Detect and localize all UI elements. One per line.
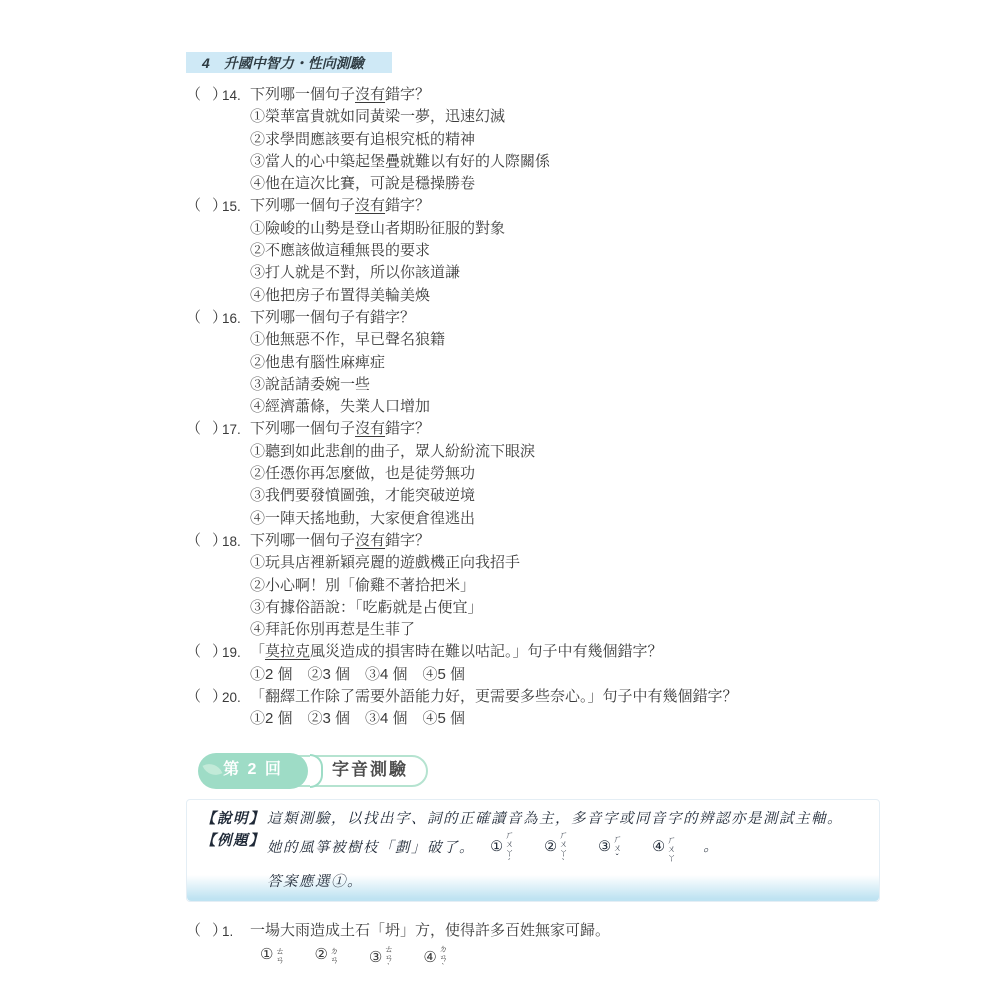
zhuyin-option: ④ㄉㄢˋ: [423, 944, 447, 972]
zhuyin-option: ④ㄏㄨㄚ: [652, 839, 676, 855]
part1-question-list: （ ）14.下列哪一個句子沒有錯字？①榮華富貴就如同黃梁一夢，迅速幻滅②求學問應…: [186, 84, 886, 731]
option-number: ②: [314, 946, 327, 963]
question-number: 18.: [222, 530, 250, 553]
option-number: ①: [490, 839, 503, 855]
option-line: ①榮華富貴就如同黃梁一夢，迅速幻滅: [250, 106, 886, 128]
question-row: （ ）1.一場大雨造成土石「坍」方，使得許多百姓無家可歸。①ㄊㄢ②ㄉㄢ③ㄊㄢˋ④…: [186, 920, 886, 978]
stem-segment: 「翻繹工作除了需要外語能力好，更需要多些奈心。」句子中有幾個錯字？: [250, 688, 738, 705]
question-stem: 「莫拉克風災造成的損害時在難以咕記。」句子中有幾個錯字？: [250, 641, 886, 663]
option-number: ③: [369, 949, 382, 966]
option-line: ①他無惡不作，早已聲名狼籍: [250, 329, 886, 351]
question-body: 下列哪一個句子有錯字？①他無惡不作，早已聲名狼籍②他患有腦性麻痺症③說話請委婉一…: [250, 307, 886, 418]
question-stem: 下列哪一個句子有錯字？: [250, 307, 886, 329]
example-label: 【例題】: [201, 830, 267, 867]
stem-segment: 下列哪一個句子: [250, 197, 355, 214]
stem-segment: 沒有: [355, 197, 385, 214]
zhuyin-text: ㄉㄢˋ: [438, 944, 448, 972]
zhuyin-text: ㄊㄢ: [274, 946, 284, 964]
stem-segment: 下列哪一個句子: [250, 420, 355, 437]
stem-segment: 錯字？: [385, 532, 430, 549]
stem-segment: 下列哪一個句子有錯字？: [250, 309, 415, 326]
zhuyin-option: ①ㄊㄢ: [260, 944, 284, 966]
zhuyin-text: ㄏㄨㄚˊ: [504, 830, 514, 867]
option-line: ④他在這次比賽，可說是穩操勝卷: [250, 173, 886, 195]
option-number: ④: [423, 949, 436, 966]
leaf-icon: [203, 759, 223, 779]
stem-segment: 下列哪一個句子: [250, 532, 355, 549]
page-header-bar: 4 升國中智力・性向測驗: [186, 52, 392, 73]
option-line: ④經濟蕭條，失業人口增加: [250, 396, 886, 418]
example-sentence: 她的風箏被樹枝「劃」破了。: [267, 839, 475, 855]
question-body: 下列哪一個句子沒有錯字？①玩具店裡新穎亮麗的遊戲機正向我招手②小心啊！別「偷雞不…: [250, 530, 886, 641]
question-body: 下列哪一個句子沒有錯字？①榮華富貴就如同黃梁一夢，迅速幻滅②求學問應該要有追根究…: [250, 84, 886, 195]
zhuyin-option: ②ㄏㄨㄚˋ: [544, 839, 568, 855]
option-line: ②任憑你再怎麼做，也是徒勞無功: [250, 463, 886, 485]
option-line: ②不應該做這種無畏的要求: [250, 240, 886, 262]
option-line: ③有據俗語說：「吃虧就是占便宜」: [250, 597, 886, 619]
page-content: （ ）14.下列哪一個句子沒有錯字？①榮華富貴就如同黃梁一夢，迅速幻滅②求學問應…: [186, 84, 886, 978]
question-number: 14.: [222, 84, 250, 107]
option-line: ①險峻的山勢是登山者期盼征服的對象: [250, 218, 886, 240]
answer-bracket: （ ）: [186, 686, 222, 708]
stem-segment: 下列哪一個句子: [250, 86, 355, 103]
question-stem: 下列哪一個句子沒有錯字？: [250, 195, 886, 217]
option-line: ③我們要發憤圖強，才能突破逆境: [250, 485, 886, 507]
option-line: ①聽到如此悲創的曲子，眾人紛紛流下眼淚: [250, 441, 886, 463]
zhuyin-text: ㄉㄢ: [329, 946, 339, 964]
option-line: ②他患有腦性麻痺症: [250, 352, 886, 374]
question-body: 「翻繹工作除了需要外語能力好，更需要多些奈心。」句子中有幾個錯字？①2 個 ②3…: [250, 686, 886, 731]
stem-segment: 風災造成的損害時在難以咕記。」句子中有幾個錯字？: [310, 643, 663, 660]
question-row: （ ）14.下列哪一個句子沒有錯字？①榮華富貴就如同黃梁一夢，迅速幻滅②求學問應…: [186, 84, 886, 195]
answer-bracket: （ ）: [186, 641, 222, 663]
explain-row: 【說明】 這類測驗，以找出字、詞的正確讀音為主，多音字或同音字的辨認亦是測試主軸…: [201, 808, 867, 830]
section-round-label: 第 2 回: [223, 759, 283, 781]
stem-segment: 「: [250, 643, 265, 660]
option-line: ①2 個 ②3 個 ③4 個 ④5 個: [250, 664, 886, 686]
page-header-title: 升國中智力・性向測驗: [224, 53, 364, 73]
zhuyin-text: ㄊㄢˋ: [383, 944, 393, 972]
option-line: ③打人就是不對，所以你該道謙: [250, 262, 886, 284]
example-text: 她的風箏被樹枝「劃」破了。 ①ㄏㄨㄚˊ②ㄏㄨㄚˋ③ㄏㄨˇ④ㄏㄨㄚ 。: [267, 830, 845, 867]
question-number: 16.: [222, 307, 250, 330]
zhuyin-option: ①ㄏㄨㄚˊ: [490, 839, 514, 855]
part2-question-list: （ ）1.一場大雨造成土石「坍」方，使得許多百姓無家可歸。①ㄊㄢ②ㄉㄢ③ㄊㄢˋ④…: [186, 920, 886, 978]
explain-text: 這類測驗，以找出字、詞的正確讀音為主，多音字或同音字的辨認亦是測試主軸。: [267, 808, 845, 830]
option-line: ③當人的心中築起堡疊就難以有好的人際關係: [250, 151, 886, 173]
zhuyin-text: ㄏㄨㄚˋ: [558, 830, 568, 867]
option-line: ①ㄊㄢ②ㄉㄢ③ㄊㄢˋ④ㄉㄢˋ: [250, 942, 886, 978]
example-row: 【例題】 她的風箏被樹枝「劃」破了。 ①ㄏㄨㄚˊ②ㄏㄨㄚˋ③ㄏㄨˇ④ㄏㄨㄚ 。: [201, 830, 867, 867]
section-round-pill: 第 2 回: [198, 753, 308, 789]
stem-segment: 錯字？: [385, 420, 430, 437]
question-body: 下列哪一個句子沒有錯字？①聽到如此悲創的曲子，眾人紛紛流下眼淚②任憑你再怎麼做，…: [250, 418, 886, 529]
zhuyin-option: ③ㄊㄢˋ: [369, 944, 393, 972]
question-row: （ ）16.下列哪一個句子有錯字？①他無惡不作，早已聲名狼籍②他患有腦性麻痺症③…: [186, 307, 886, 418]
stem-segment: 沒有: [355, 420, 385, 437]
option-number: ②: [544, 839, 557, 855]
zhuyin-option: ③ㄏㄨˇ: [598, 839, 622, 855]
zhuyin-text: ㄏㄨㄚ: [666, 835, 676, 862]
question-stem: 下列哪一個句子沒有錯字？: [250, 418, 886, 440]
question-number: 1.: [222, 920, 250, 943]
question-body: 下列哪一個句子沒有錯字？①險峻的山勢是登山者期盼征服的對象②不應該做這種無畏的要…: [250, 195, 886, 306]
stem-segment: 一場大雨造成土石「坍」方，使得許多百姓無家可歸。: [250, 922, 610, 939]
stem-segment: 莫拉克: [265, 643, 310, 660]
page-number: 4: [202, 55, 210, 71]
answer-bracket: （ ）: [186, 195, 222, 217]
example-options: ①ㄏㄨㄚˊ②ㄏㄨㄚˋ③ㄏㄨˇ④ㄏㄨㄚ: [480, 839, 696, 855]
option-line: ②小心啊！別「偷雞不著拾把米」: [250, 575, 886, 597]
question-number: 15.: [222, 195, 250, 218]
question-stem: 下列哪一個句子沒有錯字？: [250, 530, 886, 552]
option-line: ①玩具店裡新穎亮麗的遊戲機正向我招手: [250, 552, 886, 574]
option-line: ④一陣天搖地動，大家便倉徨逃出: [250, 508, 886, 530]
explain-label: 【說明】: [201, 808, 267, 830]
stem-segment: 沒有: [355, 86, 385, 103]
question-number: 17.: [222, 418, 250, 441]
question-number: 20.: [222, 686, 250, 709]
question-row: （ ）15.下列哪一個句子沒有錯字？①險峻的山勢是登山者期盼征服的對象②不應該做…: [186, 195, 886, 306]
option-line: ④他把房子布置得美輪美煥: [250, 285, 886, 307]
question-stem: 「翻繹工作除了需要外語能力好，更需要多些奈心。」句子中有幾個錯字？: [250, 686, 886, 708]
section-title: 字音測驗: [332, 759, 408, 781]
answer-bracket: （ ）: [186, 307, 222, 329]
option-line: ①2 個 ②3 個 ③4 個 ④5 個: [250, 708, 886, 730]
stem-segment: 錯字？: [385, 86, 430, 103]
option-number: ③: [598, 839, 611, 855]
question-row: （ ）17.下列哪一個句子沒有錯字？①聽到如此悲創的曲子，眾人紛紛流下眼淚②任憑…: [186, 418, 886, 529]
question-stem: 一場大雨造成土石「坍」方，使得許多百姓無家可歸。: [250, 920, 886, 942]
question-stem: 下列哪一個句子沒有錯字？: [250, 84, 886, 106]
explanation-box: 【說明】 這類測驗，以找出字、詞的正確讀音為主，多音字或同音字的辨認亦是測試主軸…: [186, 799, 880, 902]
question-row: （ ）20.「翻繹工作除了需要外語能力好，更需要多些奈心。」句子中有幾個錯字？①…: [186, 686, 886, 731]
question-body: 「莫拉克風災造成的損害時在難以咕記。」句子中有幾個錯字？①2 個 ②3 個 ③4…: [250, 641, 886, 686]
option-line: ④拜託你別再惹是生菲了: [250, 619, 886, 641]
option-line: ②求學問應該要有追根究柢的精神: [250, 129, 886, 151]
question-row: （ ）19.「莫拉克風災造成的損害時在難以咕記。」句子中有幾個錯字？①2 個 ②…: [186, 641, 886, 686]
zhuyin-text: ㄏㄨˇ: [612, 834, 622, 862]
section-badge: 字音測驗 第 2 回: [198, 753, 458, 789]
question-number: 19.: [222, 641, 250, 664]
answer-note: 答案應選①。: [267, 871, 867, 893]
zhuyin-option: ②ㄉㄢ: [314, 944, 338, 966]
stem-segment: 沒有: [355, 532, 385, 549]
answer-bracket: （ ）: [186, 920, 222, 942]
example-suffix: 。: [703, 839, 719, 855]
answer-bracket: （ ）: [186, 418, 222, 440]
option-number: ①: [260, 946, 273, 963]
stem-segment: 錯字？: [385, 197, 430, 214]
question-row: （ ）18.下列哪一個句子沒有錯字？①玩具店裡新穎亮麗的遊戲機正向我招手②小心啊…: [186, 530, 886, 641]
option-line: ③說話請委婉一些: [250, 374, 886, 396]
option-number: ④: [652, 839, 665, 855]
answer-bracket: （ ）: [186, 530, 222, 552]
answer-bracket: （ ）: [186, 84, 222, 106]
question-body: 一場大雨造成土石「坍」方，使得許多百姓無家可歸。①ㄊㄢ②ㄉㄢ③ㄊㄢˋ④ㄉㄢˋ: [250, 920, 886, 978]
